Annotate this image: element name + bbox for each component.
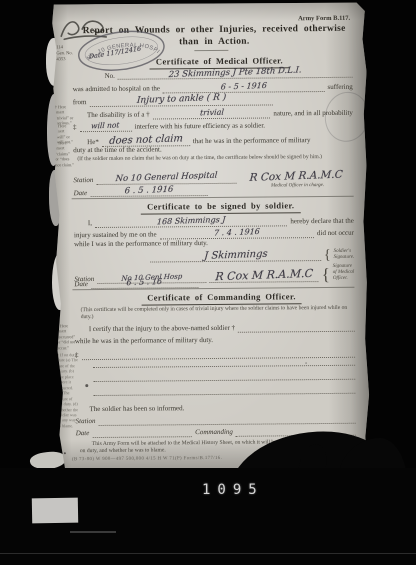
mo-date-handwritten: 6 . 5 . 1916 xyxy=(124,186,173,197)
no-claim-note: (If the soldier makes no claim that he w… xyxy=(77,154,353,163)
printers-imprint: (B 73-80) W 908—497 500,000 4/15 H W 71(… xyxy=(72,456,222,462)
injury-line: from Injury to ankle ( R ) xyxy=(73,94,353,107)
declaration-label-mid: hereby declare that the xyxy=(290,218,354,226)
brace-glyph: { xyxy=(324,250,331,261)
co-station-blank xyxy=(98,416,355,426)
will-not-handwritten: will not xyxy=(91,121,120,130)
no-label: No. xyxy=(105,72,115,80)
margin-reference: 114 Gen. No. 4353 xyxy=(56,44,73,62)
declaration-line1: I, 168 Skimmings J hereby declare that t… xyxy=(74,216,354,228)
soldier-certificate-heading: Certificate to be signed by soldier. xyxy=(94,200,348,215)
admitted-date-handwritten: 6 - 5 - 1916 xyxy=(220,82,267,92)
margin-note-claims: * Here insert “claims” or “does not clai… xyxy=(55,140,74,167)
blank-ruled-line xyxy=(93,378,355,382)
suffering-label: suffering xyxy=(328,84,353,92)
microfilm-scan-frame: Army Form B.117. Report on Wounds or oth… xyxy=(0,0,416,565)
disability-line: The disability is of a † trivial nature,… xyxy=(73,108,353,120)
declaration-date-handwritten: 7 . 4 . 1916 xyxy=(214,228,260,238)
i-label: I, xyxy=(74,220,92,228)
margin-ref-line: Gen. No. xyxy=(56,50,72,56)
dust-speck xyxy=(64,452,66,454)
co-station-line: Station xyxy=(76,416,356,426)
commanding-label: Commanding xyxy=(195,429,233,437)
disability-handwritten: trivial xyxy=(199,109,224,119)
soldier-name-handwritten: 23 Skimmings J Pte 18th D.L.I. xyxy=(168,66,302,80)
margin-note-on-duty: ‡ If on duty, state (a) The date of the … xyxy=(57,352,79,429)
did-not-occur-label: did not occur xyxy=(317,230,354,238)
film-mark xyxy=(70,531,116,533)
declaration-label3: while I was in the performance of milita… xyxy=(74,240,208,249)
duty-detail-line: ‡ xyxy=(75,350,355,360)
declaration-name-handwritten: 168 Skimmings J xyxy=(157,216,226,227)
claim-label-line2: duty at the time of the accident. xyxy=(73,146,162,154)
brace-glyph: { xyxy=(322,268,330,282)
from-label: from xyxy=(73,99,87,107)
blank-ruled-line xyxy=(93,392,355,396)
date-label: Date xyxy=(74,190,88,198)
certify-blank xyxy=(238,324,355,333)
declaration-line3: while I was in the performance of milita… xyxy=(74,239,354,249)
dust-speck xyxy=(305,362,307,364)
title-divider xyxy=(194,50,228,51)
injury-handwritten: Injury to ankle ( R ) xyxy=(136,94,226,107)
margin-note-occurred: † Here insert “occurred” or “did not occ… xyxy=(57,323,78,350)
document-paper: Army Form B.117. Report on Wounds or oth… xyxy=(52,2,370,473)
mo-countersignature-handwritten: R Cox M R.A.M.C xyxy=(215,268,313,284)
mo-countersignature-caption: Signature of Medical Officer. xyxy=(333,264,355,282)
soldier-signature-line: J Skimmings { Soldier's Signature. xyxy=(150,249,354,263)
frame-counter: 1095 xyxy=(202,482,264,498)
admitted-label: was admitted to hospital on the xyxy=(73,86,160,94)
certify-label: I certify that the injury to the above-n… xyxy=(75,325,235,334)
margin-ref-line: 4353 xyxy=(56,56,72,62)
blank-ruled-line xyxy=(93,364,355,368)
informed-line: The soldier has been so informed. xyxy=(89,404,355,414)
soldier-date-handwritten: 6 . 5 . 16 xyxy=(127,278,163,288)
mo-signature-caption: Medical Officer in charge. xyxy=(244,183,352,190)
interfere-line: ‡ will not interfere with his future eff… xyxy=(73,120,353,132)
film-scanline xyxy=(0,553,416,554)
soldier-signature-handwritten: J Skimmings xyxy=(203,249,267,262)
certify-label2: while he was in the performance of milit… xyxy=(75,337,213,346)
form-number: Army Form B.117. xyxy=(298,15,350,22)
date-label: Date xyxy=(76,430,90,438)
certify-line: I certify that the injury to the above-n… xyxy=(75,324,355,334)
station-handwritten: No 10 General Hospital xyxy=(115,172,217,185)
film-band: 1095 xyxy=(0,468,416,565)
date-label: Date xyxy=(74,281,88,289)
station-label: Station xyxy=(73,177,93,185)
soldier-number-line: No. 23 Skimmings J Pte 18th D.L.I. xyxy=(105,68,353,81)
duty-detail-blank xyxy=(81,350,355,360)
commanding-note: (This certificate will be completed only… xyxy=(81,305,355,321)
co-date-blank xyxy=(92,429,192,438)
film-splice-patch xyxy=(32,498,78,524)
mo-date-line: Date 6 . 5 . 1916 xyxy=(74,186,208,198)
disability-label: The disability is of a † xyxy=(73,112,150,120)
informed-label: The soldier has been so informed. xyxy=(89,405,184,414)
certify-line2: while he was in the performance of milit… xyxy=(75,336,355,346)
dust-speck xyxy=(85,384,88,387)
interfere-label: interfere with his future efficiency as … xyxy=(135,123,266,132)
commanding-officer-heading: Certificate of Commanding Officer. xyxy=(94,291,348,306)
soldier-signature-caption: Soldier's Signature. xyxy=(334,249,355,261)
